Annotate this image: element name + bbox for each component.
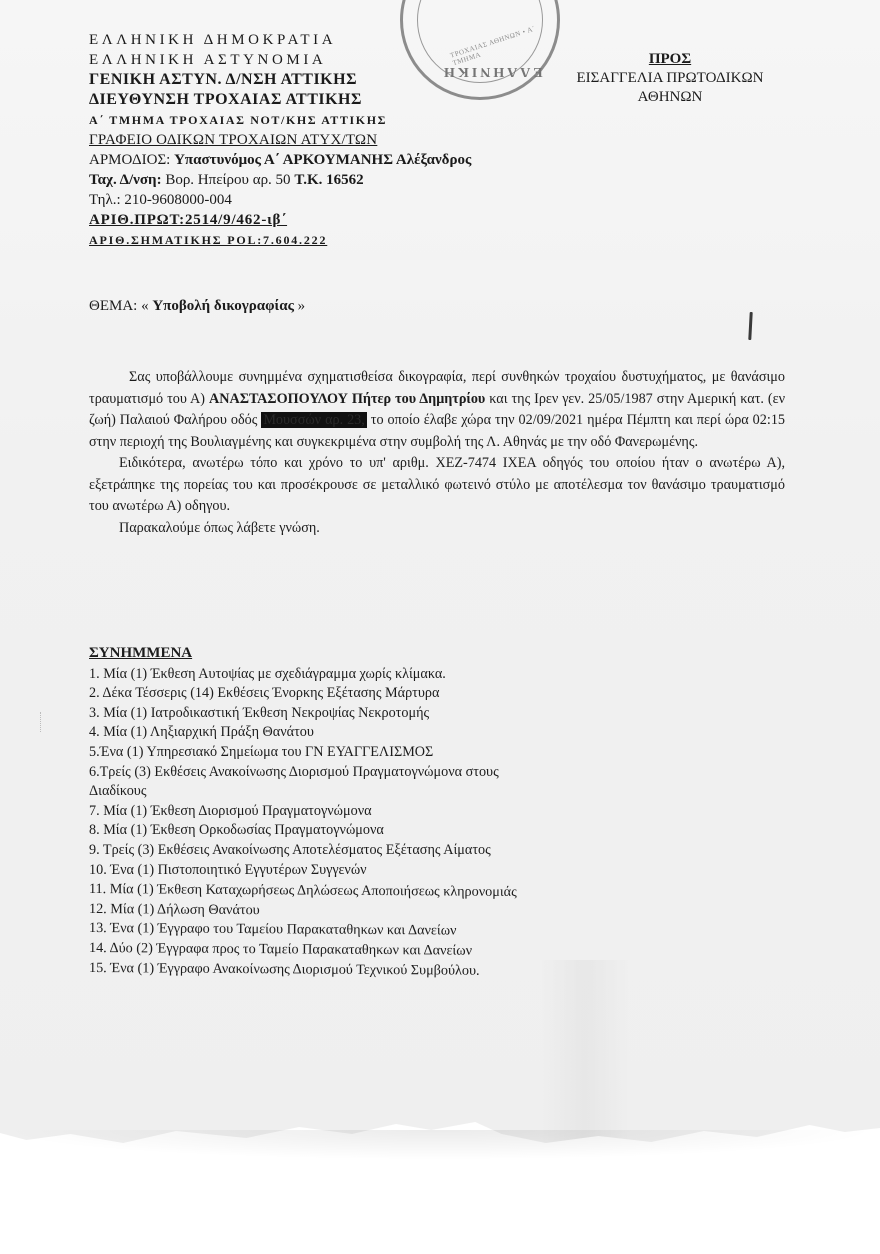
- letterhead-line-traffic: ΔΙΕΥΘΥΝΣΗ ΤΡΟΧΑΙΑΣ ΑΤΤΙΚΗΣ: [89, 90, 471, 110]
- attachment-item: 9. Τρείς (3) Εκθέσεις Ανακοίνωσης Αποτελ…: [89, 841, 529, 861]
- attachment-item: 3. Μία (1) Ιατροδικαστική Έκθεση Νεκροψί…: [89, 704, 529, 724]
- margin-pen-mark: [748, 312, 752, 340]
- address-line: Ταχ. Δ/νση: Βορ. Ηπείρου αρ. 50 Τ.Κ. 165…: [89, 170, 471, 190]
- attachment-item: 6.Τρείς (3) Εκθέσεις Ανακοίνωσης Διορισμ…: [89, 763, 529, 802]
- subject-text: Υποβολή δικογραφίας: [152, 298, 294, 314]
- phone-line: Τηλ.: 210-9608000-004: [89, 190, 471, 210]
- victim-name: ΑΝΑΣΤΑΣΟΠΟΥΛΟΥ Πήτερ του Δημητρίου: [209, 391, 485, 407]
- torn-edge-shadow: [0, 1130, 880, 1160]
- letterhead-line-directorate: ΓΕΝΙΚΗ ΑΣΤΥΝ. Δ/ΝΣΗ ΑΤΤΙΚΗΣ: [89, 70, 471, 90]
- body-paragraph-3: Παρακαλούμε όπως λάβετε γνώση.: [89, 518, 785, 540]
- address-label: Ταχ. Δ/νση:: [89, 172, 162, 188]
- attachment-item: 15. Ένα (1) Έγγραφο Ανακοίνωσης Διορισμο…: [89, 959, 529, 982]
- document-page: ΤΡΟΧΑΙΑΣ ΑΘΗΝΩΝ • Α΄ ΤΜΗΜΑ ΕΛΛΗΝΙΚΗ ΕΛΛΗ…: [0, 0, 880, 1150]
- attachment-item: 2. Δέκα Τέσσερις (14) Εκθέσεις Ένορκης Ε…: [89, 684, 529, 704]
- letterhead-line-republic: ΕΛΛΗΝΙΚΗ ΔΗΜΟΚΡΑΤΙΑ: [89, 30, 471, 50]
- subject-line: ΘΕΜΑ: « Υποβολή δικογραφίας »: [89, 298, 305, 315]
- recipient-to-label: ΠΡΟΣ: [550, 50, 790, 69]
- attachment-item: 11. Μία (1) Έκθεση Καταχωρήσεως Δηλώσεως…: [89, 880, 529, 903]
- attachment-item: 8. Μία (1) Έκθεση Ορκοδωσίας Πραγματογνώ…: [89, 821, 529, 841]
- recipient-line-2: ΑΘΗΝΩΝ: [550, 88, 790, 107]
- letter-body: Σας υποβάλλουμε συνημμένα σχηματισθείσα …: [89, 367, 785, 539]
- pol-number: ΑΡΙΘ.ΣΗΜΑΤΙΚΗΣ POL:7.604.222: [89, 230, 471, 250]
- redacted-address: Μουσσών αρ. 23,: [261, 412, 367, 428]
- officer-label: ΑΡΜΟΔΙΟΣ:: [89, 152, 170, 168]
- recipient-block: ΠΡΟΣ ΕΙΣΑΓΓΕΛΙΑ ΠΡΩΤΟΔΙΚΩΝ ΑΘΗΝΩΝ: [550, 50, 790, 107]
- subject-label: ΘΕΜΑ:: [89, 298, 137, 314]
- subject-close-quote: »: [298, 298, 306, 314]
- officer-value: Υπαστυνόμος Α΄ ΑΡΚΟΥΜΑΝΗΣ Αλέξανδρος: [174, 152, 471, 168]
- body-paragraph-2: Ειδικότερα, ανωτέρω τόπο και χρόνο το υπ…: [89, 453, 785, 518]
- letterhead: ΕΛΛΗΝΙΚΗ ΔΗΜΟΚΡΑΤΙΑ ΕΛΛΗΝΙΚΗ ΑΣΤΥΝΟΜΙΑ Γ…: [89, 30, 471, 250]
- attachment-item: 14. Δύο (2) Έγγραφα προς το Ταμείο Παρακ…: [89, 939, 529, 962]
- attachments-title: ΣΥΝΗΜΜΕΝΑ: [89, 644, 529, 664]
- attachment-item: 7. Μία (1) Έκθεση Διορισμού Πραγματογνώμ…: [89, 802, 529, 822]
- postcode: Τ.Κ. 16562: [294, 172, 363, 188]
- letterhead-line-department: Α΄ ΤΜΗΜΑ ΤΡΟΧΑΙΑΣ ΝΟΤ/ΚΗΣ ΑΤΤΙΚΗΣ: [89, 110, 471, 130]
- address-value: Βορ. Ηπείρου αρ. 50: [165, 172, 290, 188]
- attachments-list: 1. Μία (1) Έκθεση Αυτοψίας με σχεδιάγραμ…: [89, 665, 529, 979]
- attachment-item: 1. Μία (1) Έκθεση Αυτοψίας με σχεδιάγραμ…: [89, 665, 529, 685]
- letterhead-line-police: ΕΛΛΗΝΙΚΗ ΑΣΤΥΝΟΜΙΑ: [89, 50, 471, 70]
- letterhead-line-office: ΓΡΑΦΕΙΟ ΟΔΙΚΩΝ ΤΡΟΧΑΙΩΝ ΑΤΥΧ/ΤΩΝ: [89, 130, 471, 150]
- attachment-item: 10. Ένα (1) Πιστοποιητικό Εγγυτέρων Συγγ…: [89, 861, 529, 881]
- attachments-section: ΣΥΝΗΜΜΕΝΑ 1. Μία (1) Έκθεση Αυτοψίας με …: [89, 644, 529, 978]
- body-paragraph-1: Σας υποβάλλουμε συνημμένα σχηματισθείσα …: [89, 367, 785, 453]
- recipient-line-1: ΕΙΣΑΓΓΕΛΙΑ ΠΡΩΤΟΔΙΚΩΝ: [550, 69, 790, 88]
- attachment-item: 5.Ένα (1) Υπηρεσιακό Σημείωμα του ΓΝ ΕΥΑ…: [89, 743, 529, 763]
- paper-speck: [40, 712, 47, 732]
- protocol-number: ΑΡΙΘ.ΠΡΩΤ:2514/9/462-ιβ΄: [89, 210, 471, 230]
- attachment-item: 4. Μία (1) Ληξιαρχική Πράξη Θανάτου: [89, 723, 529, 743]
- subject-open-quote: «: [141, 298, 149, 314]
- officer-line: ΑΡΜΟΔΙΟΣ: Υπαστυνόμος Α΄ ΑΡΚΟΥΜΑΝΗΣ Αλέξ…: [89, 150, 471, 170]
